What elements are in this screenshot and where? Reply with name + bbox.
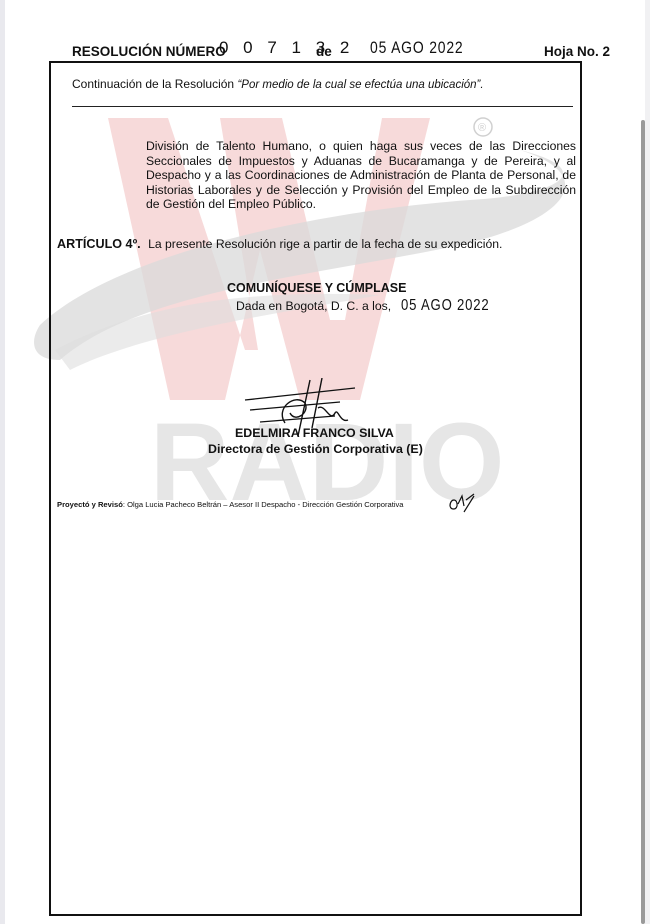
article-label: ARTÍCULO 4º.: [57, 237, 141, 251]
article-4: ARTÍCULO 4º. La presente Resolución rige…: [57, 237, 502, 251]
footer-text: : Olga Lucia Pacheco Beltrán – Asesor II…: [123, 500, 404, 509]
closing-heading: COMUNÍQUESE Y CÚMPLASE: [227, 281, 406, 295]
given-in-text: Dada en Bogotá, D. C. a los,: [236, 299, 391, 313]
body-paragraph: División de Talento Humano, o quien haga…: [146, 139, 576, 212]
date-connector: de: [316, 44, 332, 59]
resolution-date-stamp: 05 AGO 2022: [370, 38, 464, 58]
viewer-right-gutter: [645, 0, 650, 924]
prepared-by-footer: Proyectó y Revisó: Olga Lucia Pacheco Be…: [57, 500, 404, 509]
divider: [72, 106, 573, 107]
continuation-prefix: Continuación de la Resolución: [72, 77, 234, 91]
closing-date-stamp: 05 AGO 2022: [401, 297, 490, 315]
page-number: Hoja No. 2: [544, 44, 610, 59]
vertical-scrollbar[interactable]: [641, 120, 645, 924]
continuation-line: Continuación de la Resolución “Por medio…: [72, 77, 484, 91]
initials-icon: [448, 492, 476, 514]
footer-label: Proyectó y Revisó: [57, 500, 123, 509]
signer-title: Directora de Gestión Corporativa (E): [208, 442, 423, 456]
resolution-number: 0 0 7 1 3 2: [219, 38, 354, 58]
viewer-left-gutter: [0, 0, 5, 924]
given-in-line: Dada en Bogotá, D. C. a los, 05 AGO 2022: [236, 297, 509, 315]
signer-name: EDELMIRA FRANCO SILVA: [235, 426, 394, 440]
resolution-header: RESOLUCIÓN NÚMERO 0 0 7 1 3 2 de 05 AGO …: [72, 42, 610, 62]
resolution-label: RESOLUCIÓN NÚMERO: [72, 44, 226, 59]
article-text: La presente Resolución rige a partir de …: [148, 237, 502, 251]
continuation-title: “Por medio de la cual se efectúa una ubi…: [237, 79, 483, 91]
